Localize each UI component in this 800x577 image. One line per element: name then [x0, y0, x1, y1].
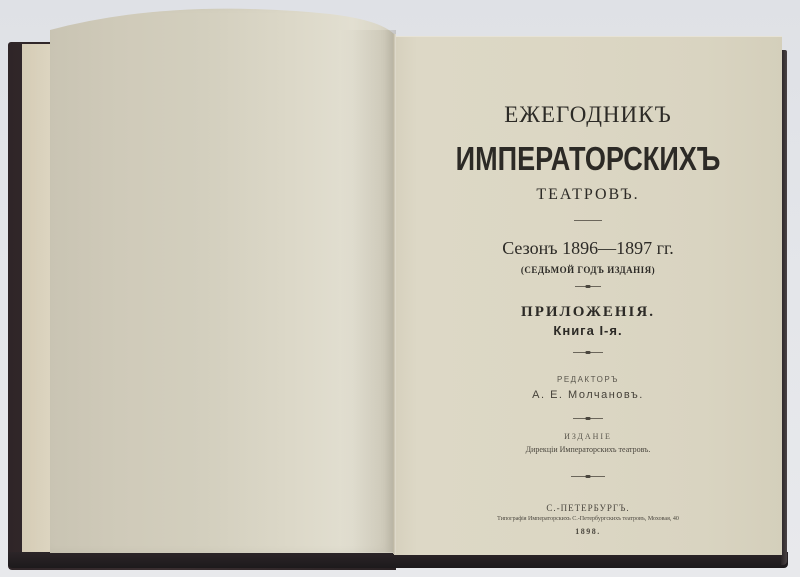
- ornament-divider: [573, 352, 603, 353]
- page-shadow: [340, 30, 396, 552]
- editor-label: РЕДАКТОРЪ: [394, 375, 782, 384]
- imprint-city: С.-ПЕТЕРБУРГЪ.: [394, 503, 782, 513]
- ornament-dot-icon: [586, 417, 591, 420]
- ornament-divider: [575, 286, 601, 287]
- ornament-divider: [571, 476, 605, 477]
- title-line-theatres: ТЕАТРОВЪ.: [394, 186, 782, 204]
- ornament-dot-icon: [586, 285, 591, 288]
- title-line-yearbook: ЕЖЕГОДНИКЪ: [394, 102, 782, 128]
- ornament-dot-icon: [586, 351, 591, 354]
- edition-label: ИЗДАНІЕ: [394, 432, 782, 441]
- edition-year-note: (СЕДЬМОЙ ГОДЪ ИЗДАНІЯ): [394, 265, 782, 275]
- title-page-text: ЕЖЕГОДНИКЪ ИМПЕРАТОРСКИХЪ ТЕАТРОВЪ. Сезо…: [394, 36, 782, 554]
- edition-publisher: Дирекціи Императорскихъ театровъ.: [394, 445, 782, 454]
- imprint-year: 1898.: [394, 527, 782, 536]
- imprint-printer: Типографія Императорскихъ С.-Петербургск…: [394, 516, 782, 522]
- season-line: Сезонъ 1896—1897 гг.: [394, 238, 782, 259]
- editor-name: А. Е. Молчановъ.: [394, 389, 782, 401]
- ornament-divider: [573, 418, 603, 419]
- ornament-divider: [574, 220, 602, 221]
- book-number: Книга I-я.: [394, 323, 782, 338]
- book-photo: ЕЖЕГОДНИКЪ ИМПЕРАТОРСКИХЪ ТЕАТРОВЪ. Сезо…: [0, 0, 800, 577]
- title-line-imperial: ИМПЕРАТОРСКИХЪ: [429, 140, 747, 178]
- ornament-dot-icon: [586, 475, 591, 478]
- appendix-heading: ПРИЛОЖЕНІЯ.: [394, 304, 782, 321]
